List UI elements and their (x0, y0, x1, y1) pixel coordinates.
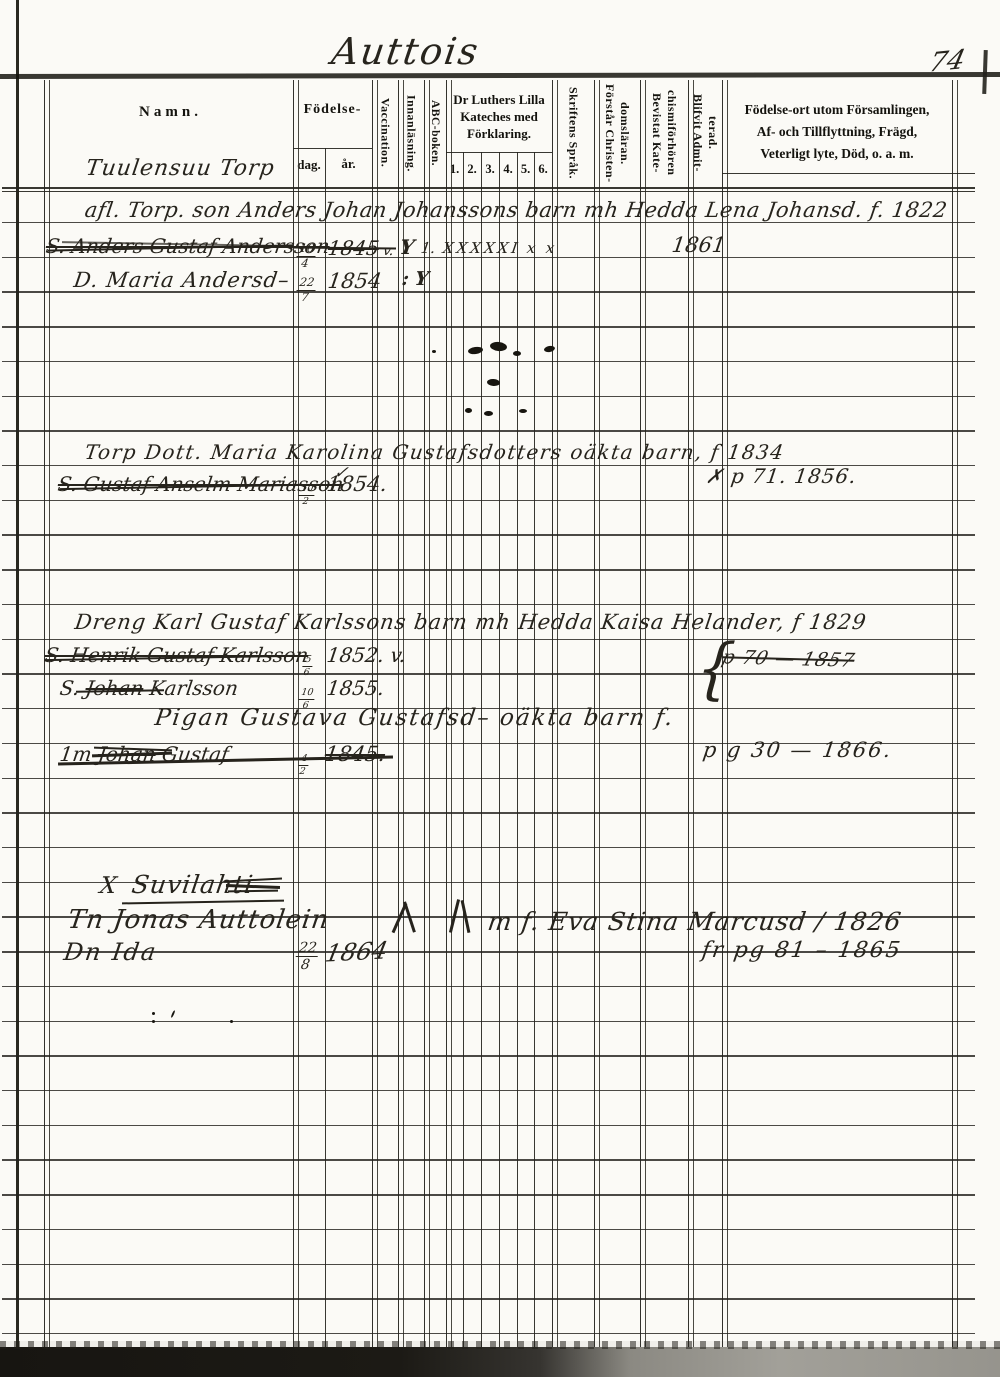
ruled-line (2, 986, 975, 987)
family-note-jonas-auttolein-a: Tn Jonas Auttolein (66, 905, 331, 935)
kateches-marks: XXXXXI (442, 239, 522, 257)
ruled-line (2, 326, 975, 327)
kateches-subcol-3: 3. (481, 162, 499, 177)
scribble-mark (228, 890, 278, 893)
remark-right-column: ✗ p 71. 1856. (704, 464, 858, 488)
ruled-line (2, 1125, 975, 1126)
admitted-year: 1861 (670, 233, 727, 257)
kateches-subcol-2: 2. (463, 162, 481, 177)
record-name-partially-struck: S. Johan Karlsson (58, 676, 239, 700)
ink-smudge (484, 411, 493, 416)
scan-bottom-edge (0, 1347, 1000, 1377)
ink-speck (152, 1012, 155, 1015)
kateches-subcol-6: 6. (534, 162, 552, 177)
remark-right-column-struck: p 70 — 1857 (719, 646, 857, 671)
ruled-line (2, 812, 975, 813)
ruled-line (2, 430, 975, 431)
birth-day: 104 (295, 237, 318, 269)
scan-bottom-edge-fuzz (0, 1341, 1000, 1349)
ruled-line (293, 148, 372, 149)
column-header-skriftens-sprak: Skriftens Språk. (552, 82, 594, 184)
binding-line (16, 0, 19, 1377)
birth-year: 1855. (325, 676, 386, 700)
family-note-pigan-gustava: Pigan Gustava Gustafsd– oäkta barn f. (153, 705, 676, 731)
ink-smudge (519, 409, 527, 413)
birth-year: 1854. (325, 472, 388, 496)
family-note-karl-gustaf: Dreng Karl Gustaf Karlssons barn mh Hedd… (73, 610, 868, 634)
column-header-fodelse: Födelse- (293, 102, 372, 118)
ink-speck (152, 1020, 155, 1023)
birth-day: 42 (297, 746, 311, 776)
ruled-line (2, 1021, 975, 1022)
ruled-line (2, 1159, 975, 1160)
ink-smudge (513, 351, 521, 356)
underline (122, 900, 284, 905)
page-title-handwritten: Auttois (329, 30, 482, 73)
column-header-ort-line2: Af- och Tillflyttning, Frägd, (722, 124, 952, 140)
ruled-line (2, 1055, 975, 1056)
birth-day: 102 (297, 476, 317, 506)
column-header-namn: Namn. (48, 104, 293, 121)
ruled-line (2, 778, 975, 779)
birth-day: 227 (295, 271, 318, 303)
record-name: Dn Ida (62, 938, 159, 966)
vaccination-mark: : (400, 268, 410, 290)
column-header-bevistat-katechismiforhoren: Bevistat Kate- chismiförhören (640, 82, 688, 184)
ruled-line (499, 152, 500, 1349)
ruled-line (2, 604, 975, 605)
ruled-line (2, 534, 975, 535)
remark-right-column: fr pg 81 – 1865 (700, 938, 903, 963)
ruled-line (463, 152, 464, 1349)
column-header-kateches: Dr Luthers Lilla Kateches med Förklaring… (448, 92, 550, 143)
column-header-ort-line1: Födelse-ort utom Församlingen, (722, 102, 952, 118)
ruled-line (2, 1194, 975, 1195)
ink-smudge (432, 350, 436, 353)
scanned-parish-register-page: Auttois 74 Namn. Tuulensuu Torp Födelse-… (0, 0, 1000, 1377)
family-note-anders-johan: afl. Torp. son Anders Johan Johanssons b… (83, 198, 949, 222)
ruled-line (2, 396, 975, 397)
ruled-line (2, 187, 975, 189)
ruled-line (2, 569, 975, 570)
ink-speck (230, 1020, 233, 1023)
column-header-forstar-christendomslaran: Förstår Christen- domsläran. (594, 82, 640, 184)
year-suffix-mark: v. (382, 243, 395, 259)
column-header-ort-line3: Veterligt lyte, Död, o. a. m. (722, 146, 952, 162)
birth-day: 228 (294, 937, 321, 972)
ruled-line (534, 152, 535, 1349)
innanlasning-mark: Y (413, 268, 430, 290)
ruled-line (2, 673, 975, 674)
ink-speck (170, 1010, 175, 1018)
birth-year: 1854 (326, 269, 383, 293)
ruled-line (2, 191, 975, 192)
ruled-line (2, 500, 975, 501)
ruled-line (2, 361, 975, 362)
birth-year: 1852. v. (325, 643, 407, 667)
ruled-line (2, 222, 975, 223)
ruled-line (2, 1298, 975, 1299)
ruled-line (481, 152, 482, 1349)
ruled-line (2, 1229, 975, 1230)
ink-smudge (465, 408, 472, 413)
kateches-subcol-5: 5. (517, 162, 534, 177)
ruled-line (517, 152, 518, 1349)
ruled-line (722, 173, 975, 174)
remark-right-column: p g 30 — 1866. (701, 738, 894, 762)
kateches-subcol-4: 4. (499, 162, 517, 177)
ruled-line (2, 639, 975, 640)
ruled-line (446, 152, 552, 153)
birth-year-struck: 1845. (323, 742, 386, 766)
family-note-jonas-auttolein-b: m f. Eva Stina Marcusd / 1826 (486, 907, 904, 936)
birth-year: 1864 (323, 936, 390, 967)
namn-handwritten-entry: Tuulensuu Torp (84, 156, 276, 181)
ruled-line (2, 1264, 975, 1265)
top-thick-rule (0, 72, 1000, 79)
ruled-line (2, 1333, 975, 1334)
ruled-line (2, 1090, 975, 1091)
ruled-line (2, 847, 975, 848)
section-cross-mark: X (98, 873, 118, 899)
column-header-ar: år. (325, 156, 372, 172)
record-name: D. Maria Andersd– (72, 268, 291, 292)
ink-smudge (490, 341, 508, 352)
right-edge-mark (982, 50, 988, 94)
innanlasning-mark: Y (398, 235, 416, 259)
abc-mark: 1. (420, 239, 437, 257)
family-note-maria-karolina: Torp Dott. Maria Karolina Gustafsdotters… (83, 440, 786, 464)
